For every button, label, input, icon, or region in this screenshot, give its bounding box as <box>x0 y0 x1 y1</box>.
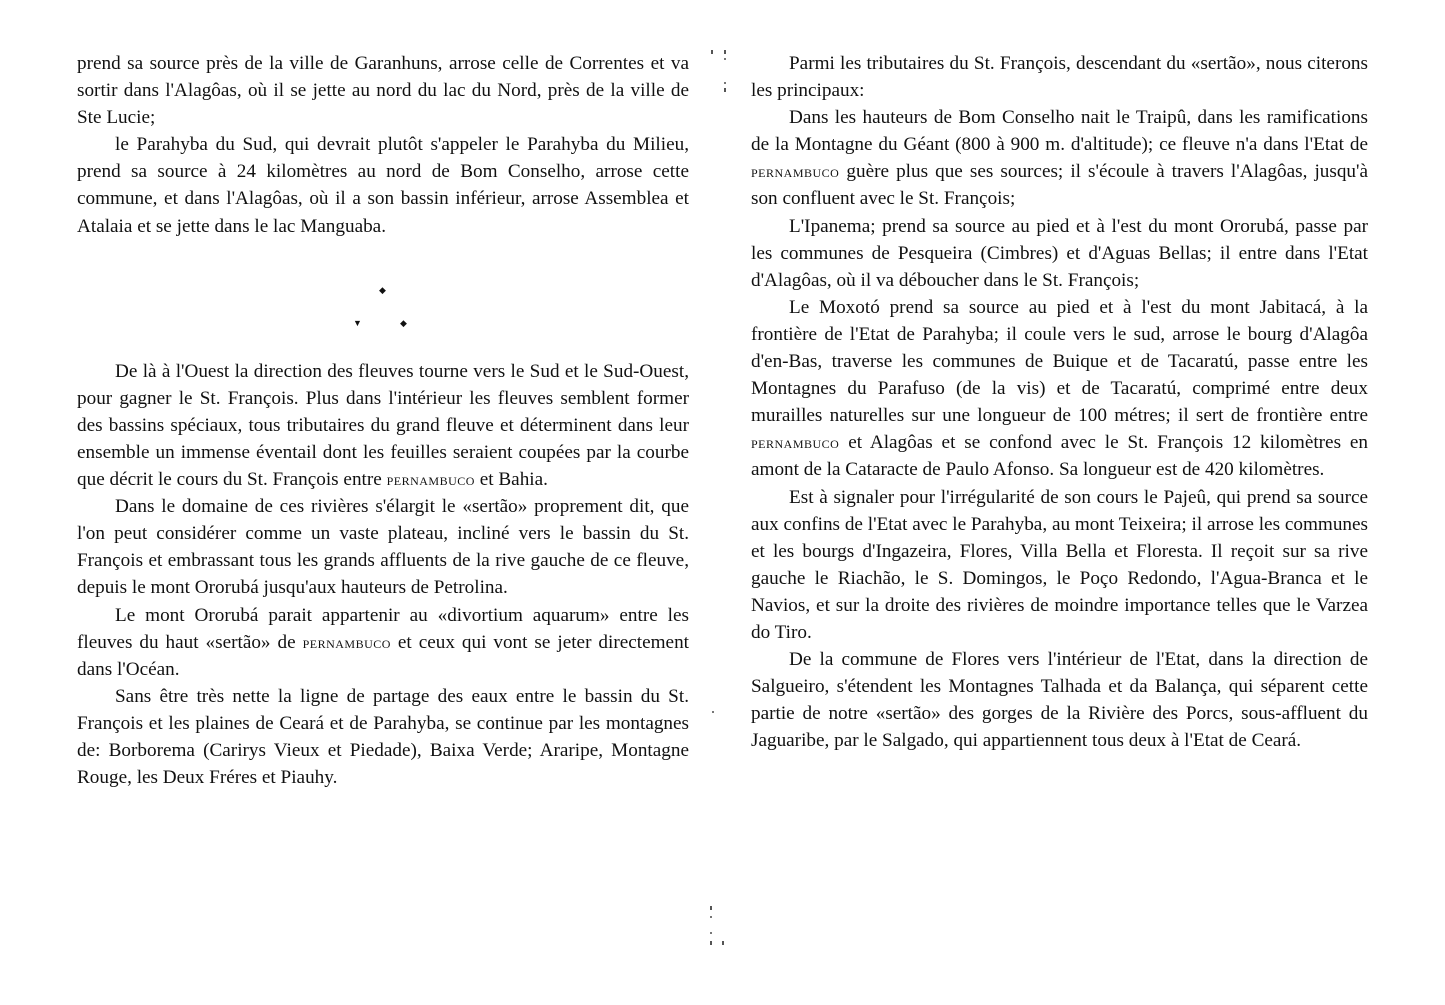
asterism-separator: ◆ ▼ ◆ <box>77 240 689 358</box>
smallcaps-pernambuco: pernambuco <box>751 432 839 452</box>
gutter-scan-dot <box>724 58 726 60</box>
text-run: De là à l'Ouest la direction des fleuves… <box>77 361 689 490</box>
paragraph-ipanema: L'Ipanema; prend sa source au pied et à … <box>751 213 1368 294</box>
smallcaps-pernambuco: pernambuco <box>303 632 391 652</box>
paragraph-direction-fleuves: De là à l'Ouest la direction des fleuves… <box>77 358 689 493</box>
paragraph-pajeu: Est à signaler pour l'irrégularité de so… <box>751 484 1368 647</box>
gutter-scan-dot <box>712 711 714 713</box>
gutter-scan-dot <box>710 916 712 918</box>
text-run: Dans les hauteurs de Bom Conselho nait l… <box>751 107 1368 155</box>
text-run: et Alagôas et se confond avec le St. Fra… <box>751 432 1368 480</box>
asterism-star-right-icon: ◆ <box>400 319 407 328</box>
text-run: guère plus que ses sources; il s'écoule … <box>751 161 1368 209</box>
right-page-column: Parmi les tributaires du St. François, d… <box>751 50 1368 754</box>
paragraph-sertao-plateau: Dans le domaine de ces rivières s'élargi… <box>77 493 689 601</box>
gutter-scan-mark <box>710 941 712 945</box>
text-run: Le Moxotó prend sa source au pied et à l… <box>751 297 1368 426</box>
gutter-scan-mark <box>722 941 724 945</box>
smallcaps-pernambuco: pernambuco <box>751 161 839 181</box>
paragraph-mont-ororuba: Le mont Ororubá parait appartenir au «di… <box>77 602 689 683</box>
paragraph-ligne-de-partage: Sans être très nette la ligne de partage… <box>77 683 689 791</box>
paragraph-traipu: Dans les hauteurs de Bom Conselho nait l… <box>751 104 1368 212</box>
left-page-column: prend sa source près de la ville de Gara… <box>77 50 689 791</box>
text-run: et Bahia. <box>475 469 548 490</box>
gutter-scan-mark <box>711 50 713 54</box>
asterism-star-left-icon: ▼ <box>353 319 362 328</box>
paragraph-parahyba-du-sud: le Parahyba du Sud, qui devrait plutôt s… <box>77 131 689 239</box>
paragraph-flores-salgueiro: De la commune de Flores vers l'intérieur… <box>751 646 1368 754</box>
paragraph-tributaires-intro: Parmi les tributaires du St. François, d… <box>751 50 1368 104</box>
gutter-scan-dot <box>710 932 712 934</box>
paragraph-garanhuns-river: prend sa source près de la ville de Gara… <box>77 50 689 131</box>
gutter-scan-mark <box>724 88 726 92</box>
gutter-scan-mark <box>710 906 712 910</box>
gutter-scan-dot <box>724 82 726 84</box>
asterism-star-top-icon: ◆ <box>379 286 386 295</box>
smallcaps-pernambuco: Pernambuco <box>387 469 475 489</box>
gutter-scan-mark <box>724 50 726 54</box>
paragraph-moxoto: Le Moxotó prend sa source au pied et à l… <box>751 294 1368 484</box>
